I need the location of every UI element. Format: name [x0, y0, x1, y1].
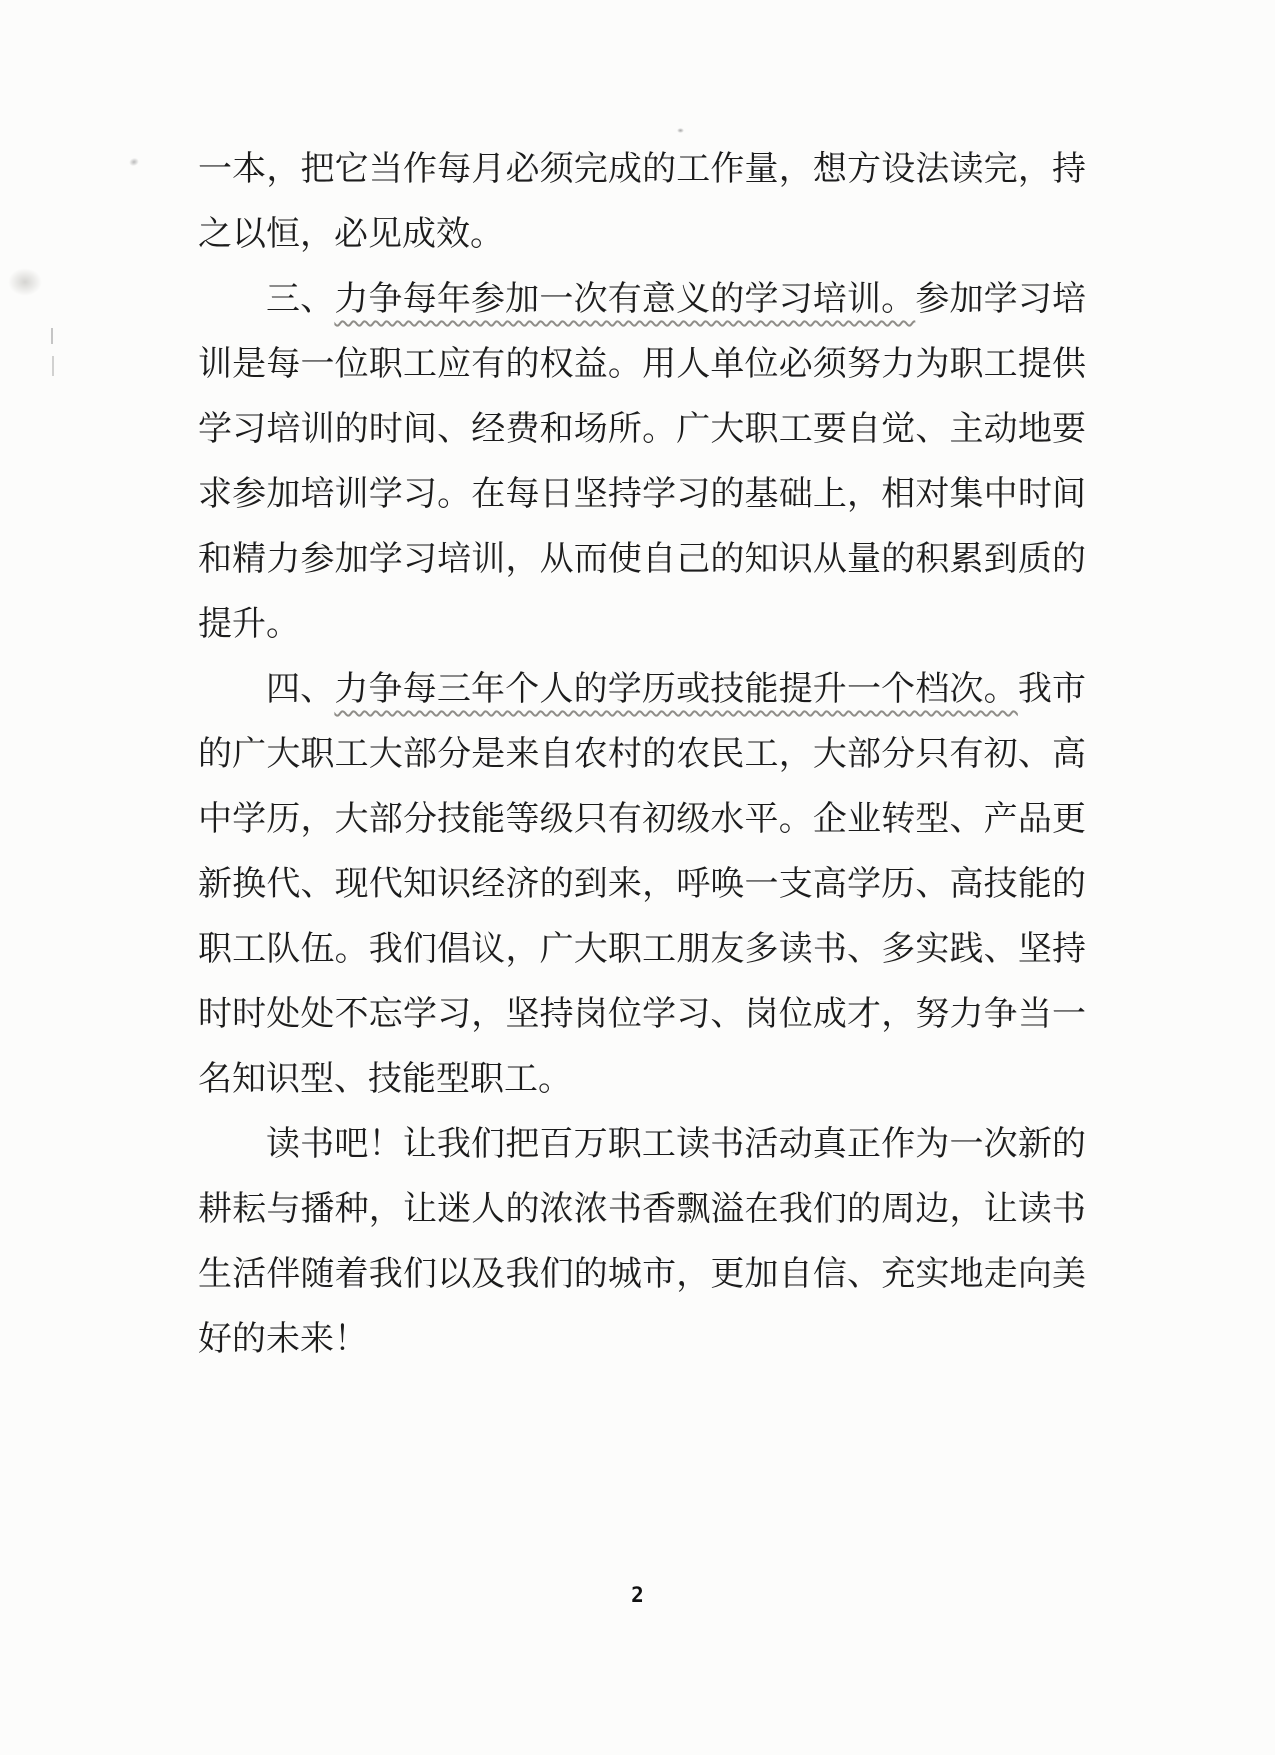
- text-run: 我市的广大职工大部分是来自农村的农民工，大部分只有初、高中学历，大部分技能等级只…: [198, 669, 1086, 1099]
- document-body: 一本，把它当作每月必须完成的工作量，想方设法读完，持之以恒，必见成效。三、力争每…: [198, 137, 1086, 1372]
- scan-artifact: [51, 328, 53, 344]
- document-page: 一本，把它当作每月必须完成的工作量，想方设法读完，持之以恒，必见成效。三、力争每…: [0, 0, 1275, 1755]
- paragraph: 读书吧！让我们把百万职工读书活动真正作为一次新的耕耘与播种，让迷人的浓浓书香飘溢…: [198, 1112, 1086, 1372]
- scan-artifact: [677, 128, 684, 133]
- text-run: 参加学习培训是每一位职工应有的权益。用人单位必须努力为职工提供学习培训的时间、经…: [198, 279, 1086, 644]
- scan-artifact: [52, 356, 54, 376]
- paragraph: 四、力争每三年个人的学历或技能提升一个档次。我市的广大职工大部分是来自农村的农民…: [198, 657, 1086, 1112]
- text-run: 四、: [266, 669, 334, 709]
- text-run: 三、: [266, 279, 334, 319]
- paragraph: 一本，把它当作每月必须完成的工作量，想方设法读完，持之以恒，必见成效。: [198, 137, 1086, 267]
- text-run: 读书吧！让我们把百万职工读书活动真正作为一次新的耕耘与播种，让迷人的浓浓书香飘溢…: [198, 1124, 1086, 1359]
- emphasized-text: 力争每年参加一次有意义的学习培训。: [334, 279, 915, 319]
- scan-artifact: [128, 157, 140, 168]
- scan-artifact: [8, 268, 42, 296]
- text-run: 一本，把它当作每月必须完成的工作量，想方设法读完，持之以恒，必见成效。: [198, 149, 1086, 254]
- paragraph: 三、力争每年参加一次有意义的学习培训。参加学习培训是每一位职工应有的权益。用人单…: [198, 267, 1086, 657]
- page-number: 2: [0, 1583, 1275, 1607]
- emphasized-text: 力争每三年个人的学历或技能提升一个档次。: [334, 669, 1017, 709]
